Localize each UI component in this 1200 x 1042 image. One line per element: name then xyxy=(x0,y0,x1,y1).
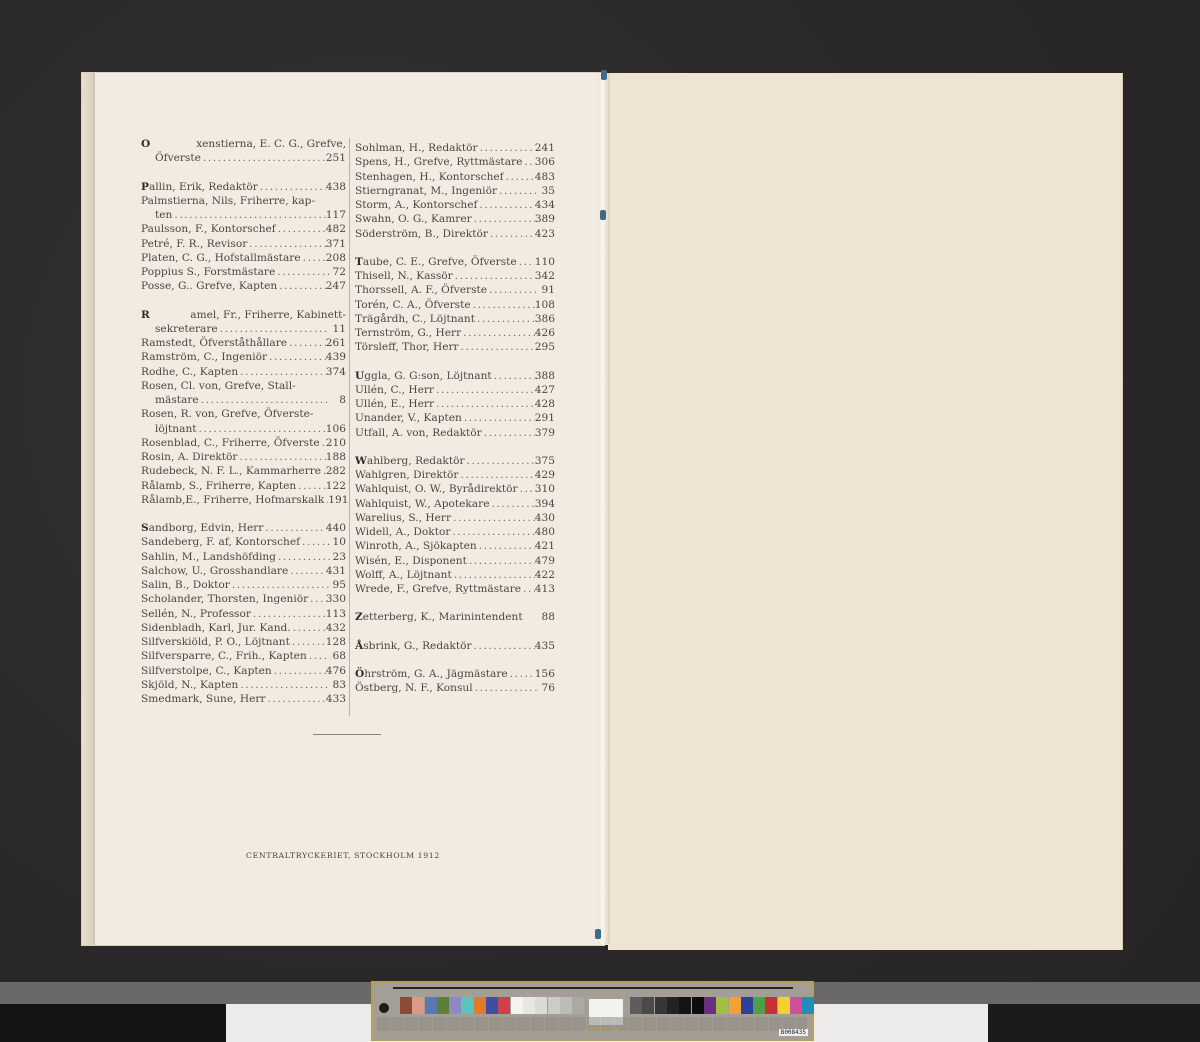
page-number: 426 xyxy=(535,326,555,340)
entry-name: Uggla, G. G:son, Löjtnant xyxy=(355,369,492,383)
page-number: 421 xyxy=(535,539,555,553)
color-patch xyxy=(716,997,728,1014)
leader-dots xyxy=(251,607,326,621)
entry-name: Rodhe, C., Kapten xyxy=(141,365,238,379)
page-number: 108 xyxy=(535,298,555,312)
barcode-label: B008435 xyxy=(779,1029,808,1036)
leader-dots xyxy=(290,635,326,649)
entry-name: Zetterberg, K., Marinintendent xyxy=(355,610,523,624)
entry-name: Pallin, Erik, Redaktör xyxy=(141,180,258,194)
index-entry: Posse, G.. Grefve, Kapten247 xyxy=(141,279,346,293)
entry-name: Öhrström, G. A., Jägmästare xyxy=(355,667,508,681)
leader-dots xyxy=(434,383,535,397)
page-number: 251 xyxy=(326,151,346,165)
color-patch xyxy=(412,997,424,1014)
entry-name: Wahlgren, Direktör xyxy=(355,468,459,482)
section-initial: R xyxy=(141,308,150,322)
index-entry: Ternström, G., Herr426 xyxy=(355,326,555,340)
leader-dots xyxy=(272,664,326,678)
page-number: 208 xyxy=(326,251,346,265)
index-entry: Rosen, Cl. von, Grefve, Stall- xyxy=(141,379,346,393)
page-number: 188 xyxy=(326,450,346,464)
index-entry: Oxenstierna, E. C. G., Grefve, xyxy=(141,137,346,151)
group-gap xyxy=(355,355,555,369)
leader-dots xyxy=(450,525,534,539)
page-number: 371 xyxy=(326,237,346,251)
index-entry: Rudebeck, N. F. L., Kammarherre282 xyxy=(141,464,346,478)
entry-name: Rosen, R. von, Grefve, Öfverste- xyxy=(141,407,346,421)
leader-dots xyxy=(301,251,326,265)
index-entry: Rosen, R. von, Grefve, Öfverste- xyxy=(141,407,346,421)
index-entry-continuation: ten117 xyxy=(141,208,346,222)
entry-name: Törsleff, Thor, Herr xyxy=(355,340,459,354)
page-number: 68 xyxy=(330,649,346,663)
target-brand: Golden Thread xyxy=(581,1027,619,1033)
entry-name: Trägårdh, C., Löjtnant xyxy=(355,312,475,326)
page-number: 83 xyxy=(330,678,346,692)
entry-name: Torén, C. A., Öfverste xyxy=(355,298,471,312)
color-patch xyxy=(753,997,765,1014)
leader-dots xyxy=(489,497,534,511)
color-patch xyxy=(498,997,510,1014)
color-patch xyxy=(535,997,547,1014)
leader-dots xyxy=(518,482,535,496)
column-divider xyxy=(349,138,350,716)
page-number: 88 xyxy=(539,610,555,624)
leader-dots xyxy=(487,283,539,297)
leader-dots xyxy=(307,649,330,663)
index-column-left: Oxenstierna, E. C. G., Grefve,Öfverste25… xyxy=(141,137,346,706)
color-patch xyxy=(642,997,654,1014)
leader-dots xyxy=(237,450,325,464)
index-entry: Salchow, U., Grosshandlare431 xyxy=(141,564,346,578)
leader-dots xyxy=(276,550,330,564)
page-number: 430 xyxy=(535,511,555,525)
index-entry: Wolff, A., Löjtnant422 xyxy=(355,568,555,582)
index-entry: Trägårdh, C., Löjtnant386 xyxy=(355,312,555,326)
entry-name: Taube, C. E., Grefve, Öfverste xyxy=(355,255,517,269)
entry-name: Silfversparre, C., Frih., Kapten xyxy=(141,649,307,663)
entry-name: Ullén, C., Herr xyxy=(355,383,434,397)
page-number: 428 xyxy=(535,397,555,411)
entry-name: Paulsson, F., Kontorschef xyxy=(141,222,276,236)
scanner-bed-left xyxy=(0,1004,226,1042)
section-initial: W xyxy=(355,455,367,467)
color-patch xyxy=(400,997,412,1014)
entry-name: Sidenbladh, Karl, Jur. Kand. xyxy=(141,621,291,635)
color-patch xyxy=(523,997,535,1014)
target-hole-left xyxy=(379,1003,389,1013)
group-gap xyxy=(355,440,555,454)
index-entry: Rosin, A. Direktör188 xyxy=(141,450,346,464)
entry-name: Utfall, A. von, Redaktör xyxy=(355,426,482,440)
page-number: 342 xyxy=(535,269,555,283)
page-number: 156 xyxy=(535,667,555,681)
leader-dots xyxy=(523,610,539,624)
entry-name: Sohlman, H., Redaktör xyxy=(355,141,478,155)
page-number: 374 xyxy=(326,365,346,379)
entry-name: Ternström, G., Herr xyxy=(355,326,461,340)
leader-dots xyxy=(477,539,535,553)
entry-name: Warelius, S., Herr xyxy=(355,511,451,525)
page-number: 427 xyxy=(535,383,555,397)
section-initial: T xyxy=(355,256,363,268)
leader-dots xyxy=(276,222,326,236)
index-entry: Winroth, A., Sjökapten421 xyxy=(355,539,555,553)
entry-name: Silfverskiöld, P. O., Löjtnant xyxy=(141,635,290,649)
index-entry: Rodhe, C., Kapten374 xyxy=(141,365,346,379)
leader-dots xyxy=(287,336,326,350)
page-number: 35 xyxy=(539,184,555,198)
index-entry: Wahlquist, W., Apotekare394 xyxy=(355,497,555,511)
leader-dots xyxy=(477,198,534,212)
entry-name: Platen, C. G., Hofstallmästare xyxy=(141,251,301,265)
index-entry: Spens, H., Grefve, Ryttmästare306 xyxy=(355,155,555,169)
leader-dots xyxy=(473,681,539,695)
page-number: 191 xyxy=(328,493,348,507)
entry-name: Sandborg, Edvin, Herr xyxy=(141,521,263,535)
color-patch xyxy=(704,997,716,1014)
page-number: 128 xyxy=(326,635,346,649)
entry-name: Swahn, O. G., Kamrer xyxy=(355,212,472,226)
section-initial: O xyxy=(141,137,150,151)
group-gap xyxy=(141,294,346,308)
index-entry: Torén, C. A., Öfverste108 xyxy=(355,298,555,312)
index-entry: Pallin, Erik, Redaktör438 xyxy=(141,180,346,194)
page-number: 394 xyxy=(535,497,555,511)
page-number: 422 xyxy=(535,568,555,582)
index-entry: Stierngranat, M., Ingeniör35 xyxy=(355,184,555,198)
section-initial: Ö xyxy=(355,668,364,680)
entry-name: Stierngranat, M., Ingeniör xyxy=(355,184,497,198)
color-patch xyxy=(692,997,704,1014)
page-number: 386 xyxy=(535,312,555,326)
index-entry: Wahlquist, O. W., Byrådirektör310 xyxy=(355,482,555,496)
index-entry: Wahlgren, Direktör429 xyxy=(355,468,555,482)
entry-name: Posse, G.. Grefve, Kapten xyxy=(141,279,277,293)
color-patch xyxy=(778,997,790,1014)
page-number: 306 xyxy=(535,155,555,169)
page-edge xyxy=(82,73,95,945)
index-entry: Widell, A., Doktor480 xyxy=(355,525,555,539)
leader-dots xyxy=(275,265,330,279)
index-entry: Zetterberg, K., Marinintendent88 xyxy=(355,610,555,624)
page-number: 434 xyxy=(535,198,555,212)
entry-name: Ullén, E., Herr xyxy=(355,397,434,411)
leader-dots xyxy=(291,621,326,635)
leader-dots xyxy=(218,322,330,336)
leader-dots xyxy=(197,422,326,436)
page-number: 282 xyxy=(326,464,346,478)
index-entry: Salin, B., Doktor95 xyxy=(141,578,346,592)
leader-dots xyxy=(467,554,535,568)
entry-name: Ramel, Fr., Friherre, Kabinett- xyxy=(141,308,346,322)
page-number: 106 xyxy=(326,422,346,436)
entry-continuation: löjtnant xyxy=(141,422,197,436)
index-entry: Platen, C. G., Hofstallmästare208 xyxy=(141,251,346,265)
leader-dots xyxy=(296,479,326,493)
leader-dots xyxy=(482,426,535,440)
entry-name: Sahlin, M., Landshöfding xyxy=(141,550,276,564)
entry-name: Unander, V., Kapten xyxy=(355,411,462,425)
index-entry: Wahlberg, Redaktör375 xyxy=(355,454,555,468)
index-entry: Warelius, S., Herr430 xyxy=(355,511,555,525)
entry-name: Rosen, Cl. von, Grefve, Stall- xyxy=(141,379,346,393)
entry-name: Widell, A., Doktor xyxy=(355,525,450,539)
entry-name: Petré, F. R., Revisor xyxy=(141,237,247,251)
page-number: 261 xyxy=(326,336,346,350)
index-entry: Söderström, B., Direktör423 xyxy=(355,227,555,241)
page-number: 210 xyxy=(326,436,346,450)
page-number: 11 xyxy=(330,322,346,336)
entry-name: Smedmark, Sune, Herr xyxy=(141,692,265,706)
index-entry: Törsleff, Thor, Herr295 xyxy=(355,340,555,354)
entry-name: Oxenstierna, E. C. G., Grefve, xyxy=(141,137,346,151)
index-entry-continuation: löjtnant106 xyxy=(141,422,346,436)
group-gap xyxy=(141,166,346,180)
entry-name: Stenhagen, H., Kontorschef xyxy=(355,170,504,184)
entry-name: Wrede, F., Grefve, Ryttmästare xyxy=(355,582,521,596)
entry-name: Söderström, B., Direktör xyxy=(355,227,488,241)
index-entry: Scholander, Thorsten, Ingeniör330 xyxy=(141,592,346,606)
entry-name: Skjöld, N., Kapten xyxy=(141,678,238,692)
page-number: 91 xyxy=(539,283,555,297)
color-patch xyxy=(548,997,560,1014)
index-column-right: Sohlman, H., Redaktör241Spens, H., Grefv… xyxy=(355,141,555,695)
leader-dots xyxy=(238,365,326,379)
entry-name: Ramstedt, Öfverståthållare xyxy=(141,336,287,350)
entry-name: Rudebeck, N. F. L., Kammarherre xyxy=(141,464,321,478)
leader-dots xyxy=(453,269,535,283)
index-entry: Sellén, N., Professor113 xyxy=(141,607,346,621)
section-initial: P xyxy=(141,181,149,193)
color-patch xyxy=(511,997,523,1014)
index-entry: Storm, A., Kontorschef434 xyxy=(355,198,555,212)
color-patch xyxy=(449,997,461,1014)
leader-dots xyxy=(475,312,535,326)
page-number: 480 xyxy=(535,525,555,539)
page-number: 291 xyxy=(535,411,555,425)
entry-name: Rosin, A. Direktör xyxy=(141,450,237,464)
color-patch xyxy=(437,997,449,1014)
spine-fold xyxy=(598,73,610,945)
entry-name: Wahlquist, W., Apotekare xyxy=(355,497,489,511)
leader-dots xyxy=(288,564,326,578)
color-patch xyxy=(486,997,498,1014)
page-number: 117 xyxy=(326,208,346,222)
color-patch xyxy=(765,997,777,1014)
color-patch xyxy=(461,997,473,1014)
page-number: 10 xyxy=(330,535,346,549)
index-entry: Silfverskiöld, P. O., Löjtnant128 xyxy=(141,635,346,649)
leader-dots xyxy=(277,279,326,293)
index-entry: Unander, V., Kapten291 xyxy=(355,411,555,425)
index-entry: Silfversparre, C., Frih., Kapten68 xyxy=(141,649,346,663)
entry-name: Wahlquist, O. W., Byrådirektör xyxy=(355,482,518,496)
entry-name: Rålamb,E., Friherre, Hofmarskalk xyxy=(141,493,324,507)
end-rule xyxy=(313,734,381,735)
section-initial: U xyxy=(355,370,364,382)
entry-name: Rosenblad, C., Friherre, Öfverste xyxy=(141,436,320,450)
leader-dots xyxy=(478,141,535,155)
leader-dots xyxy=(521,582,535,596)
page-number: 95 xyxy=(330,578,346,592)
leader-dots xyxy=(263,521,325,535)
entry-name: Wahlberg, Redaktör xyxy=(355,454,465,468)
page-number: 389 xyxy=(535,212,555,226)
index-entry: Östberg, N. F., Konsul76 xyxy=(355,681,555,695)
index-entry: Ullén, E., Herr428 xyxy=(355,397,555,411)
entry-continuation: ten xyxy=(141,208,172,222)
page-number: 310 xyxy=(535,482,555,496)
page-number: 476 xyxy=(326,664,346,678)
color-patch xyxy=(729,997,741,1014)
color-patch xyxy=(741,997,753,1014)
color-patch xyxy=(655,997,667,1014)
entry-name: Spens, H., Grefve, Ryttmästare xyxy=(355,155,522,169)
staple-top xyxy=(601,70,607,80)
index-entry: Uggla, G. G:son, Löjtnant388 xyxy=(355,369,555,383)
page-number: 8 xyxy=(330,393,346,407)
page-number: 482 xyxy=(326,222,346,236)
staple-bottom xyxy=(595,929,601,939)
index-entry: Ramström, C., Ingeniör439 xyxy=(141,350,346,364)
index-entry: Wisén, E., Disponent479 xyxy=(355,554,555,568)
index-entry: Öhrström, G. A., Jägmästare156 xyxy=(355,667,555,681)
index-entry: Sohlman, H., Redaktör241 xyxy=(355,141,555,155)
page-number: 379 xyxy=(535,426,555,440)
leader-dots xyxy=(452,568,535,582)
index-entry: Thorssell, A. F., Öfverste91 xyxy=(355,283,555,297)
leader-dots xyxy=(230,578,330,592)
page-number: 375 xyxy=(535,454,555,468)
leader-dots xyxy=(488,227,535,241)
color-patch xyxy=(560,997,572,1014)
leader-dots xyxy=(199,393,330,407)
leader-dots xyxy=(462,411,535,425)
group-gap xyxy=(141,507,346,521)
index-entry: Smedmark, Sune, Herr433 xyxy=(141,692,346,706)
color-patch xyxy=(425,997,437,1014)
entry-name: Thorssell, A. F., Öfverste xyxy=(355,283,487,297)
leader-dots xyxy=(172,208,325,222)
index-entry: Taube, C. E., Grefve, Öfverste110 xyxy=(355,255,555,269)
section-initial: S xyxy=(141,522,149,534)
color-patch xyxy=(790,997,802,1014)
index-entry: Åsbrink, G., Redaktör435 xyxy=(355,639,555,653)
entry-name: Thisell, N., Kassör xyxy=(355,269,453,283)
index-entry: Thisell, N., Kassör342 xyxy=(355,269,555,283)
page-number: 483 xyxy=(535,170,555,184)
page-number: 122 xyxy=(326,479,346,493)
index-entry: Rosenblad, C., Friherre, Öfverste210 xyxy=(141,436,346,450)
color-patch xyxy=(679,997,691,1014)
leader-dots xyxy=(472,212,535,226)
entry-continuation: sekreterare xyxy=(141,322,218,336)
entry-name: Salchow, U., Grosshandlare xyxy=(141,564,288,578)
page-number: 439 xyxy=(326,350,346,364)
page-number: 110 xyxy=(535,255,555,269)
leader-dots xyxy=(451,511,535,525)
leader-dots xyxy=(497,184,539,198)
entry-name: Storm, A., Kontorschef xyxy=(355,198,477,212)
page-number: 432 xyxy=(326,621,346,635)
index-entry: Swahn, O. G., Kamrer389 xyxy=(355,212,555,226)
index-entry: Ramel, Fr., Friherre, Kabinett- xyxy=(141,308,346,322)
page-number: 113 xyxy=(326,607,346,621)
page-number: 388 xyxy=(535,369,555,383)
page-number: 330 xyxy=(326,592,346,606)
leader-dots xyxy=(247,237,326,251)
index-entry: Poppius S., Forstmästare72 xyxy=(141,265,346,279)
index-entry: Wrede, F., Grefve, Ryttmästare413 xyxy=(355,582,555,596)
section-initial: Z xyxy=(355,611,363,623)
index-entry: Sandborg, Edvin, Herr440 xyxy=(141,521,346,535)
entry-name: Wolff, A., Löjtnant xyxy=(355,568,452,582)
leader-dots xyxy=(258,180,326,194)
page-number: 479 xyxy=(535,554,555,568)
color-patch xyxy=(802,997,814,1014)
entry-name: Palmstierna, Nils, Friherre, kap- xyxy=(141,194,346,208)
index-entry-continuation: Öfverste251 xyxy=(141,151,346,165)
entry-continuation: mästare xyxy=(141,393,199,407)
leader-dots xyxy=(471,298,535,312)
right-page-blank xyxy=(608,73,1122,950)
index-entry: Utfall, A. von, Redaktör379 xyxy=(355,426,555,440)
page-number: 435 xyxy=(535,639,555,653)
leader-dots xyxy=(201,151,326,165)
leader-dots xyxy=(465,454,535,468)
entry-name: Ramström, C., Ingeniör xyxy=(141,350,267,364)
index-entry: Stenhagen, H., Kontorschef483 xyxy=(355,170,555,184)
staple-middle xyxy=(600,210,606,220)
group-gap xyxy=(355,241,555,255)
index-entry: Sahlin, M., Landshöfding23 xyxy=(141,550,346,564)
entry-name: Östberg, N. F., Konsul xyxy=(355,681,473,695)
entry-name: Wisén, E., Disponent xyxy=(355,554,467,568)
entry-name: Poppius S., Forstmästare xyxy=(141,265,275,279)
page-number: 72 xyxy=(330,265,346,279)
entry-name: Winroth, A., Sjökapten xyxy=(355,539,477,553)
page-number: 23 xyxy=(330,550,346,564)
page-number: 433 xyxy=(326,692,346,706)
entry-name: Rålamb, S., Friherre, Kapten xyxy=(141,479,296,493)
group-gap xyxy=(355,653,555,667)
ruler-scale xyxy=(393,987,793,994)
page-number: 438 xyxy=(326,180,346,194)
leader-dots xyxy=(459,340,535,354)
leader-dots xyxy=(238,678,330,692)
printer-imprint: CENTRALTRYCKERIET, STOCKHOLM 1912 xyxy=(246,851,456,860)
page-number: 413 xyxy=(535,582,555,596)
index-entry: Ullén, C., Herr427 xyxy=(355,383,555,397)
leader-dots xyxy=(517,255,535,269)
index-entry: Silfverstolpe, C., Kapten476 xyxy=(141,664,346,678)
entry-name: Salin, B., Doktor xyxy=(141,578,230,592)
leader-dots xyxy=(472,639,535,653)
color-patch xyxy=(474,997,486,1014)
page-number: 76 xyxy=(539,681,555,695)
index-entry: Palmstierna, Nils, Friherre, kap- xyxy=(141,194,346,208)
page-number: 295 xyxy=(535,340,555,354)
index-entry: Petré, F. R., Revisor371 xyxy=(141,237,346,251)
leader-dots xyxy=(504,170,535,184)
index-entry: Skjöld, N., Kapten83 xyxy=(141,678,346,692)
color-patch xyxy=(667,997,679,1014)
index-entry: Rålamb, S., Friherre, Kapten122 xyxy=(141,479,346,493)
section-initial: Å xyxy=(355,640,363,652)
index-entry-continuation: sekreterare11 xyxy=(141,322,346,336)
